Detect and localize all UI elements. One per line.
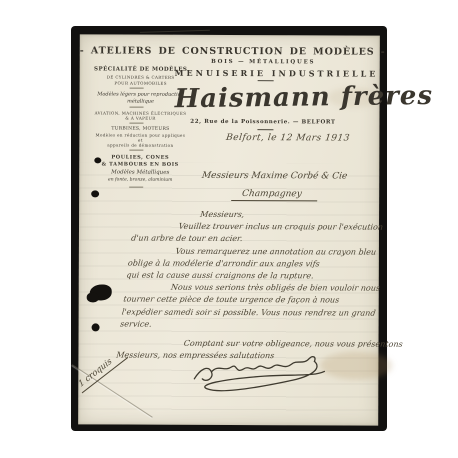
signature (188, 345, 330, 406)
divider (129, 123, 143, 124)
body-line: oblige à la modélerie d'arrondir aux ang… (127, 257, 385, 270)
signature-flourish (188, 345, 330, 402)
body-line: Nous vous serions très obligés de bien v… (170, 282, 382, 295)
recipient-name: Messieurs Maxime Corbé & Cie (201, 171, 348, 182)
divider (258, 80, 274, 81)
divider (130, 107, 144, 108)
body-line: service. (119, 318, 377, 331)
divider (130, 88, 144, 89)
divider (257, 129, 273, 130)
page-background: { "photo": { "frame_color": "#121110", "… (0, 0, 458, 458)
fold-crease (140, 30, 210, 33)
photo-frame: - ATELIERS DE CONSTRUCTION DE MODÈLES - … (71, 26, 387, 431)
sidebar-line: TURBINES, MOTEURS (84, 126, 196, 131)
letterhead-title: - ATELIERS DE CONSTRUCTION DE MODÈLES - (80, 45, 380, 57)
letter-paper: - ATELIERS DE CONSTRUCTION DE MODÈLES - … (78, 34, 380, 425)
ink-blot (91, 190, 99, 197)
body-line: d'un arbre de tour en acier. (130, 233, 388, 246)
letterhead-trade: MENUISERIE INDUSTRIELLE (175, 68, 352, 79)
company-address: 22, Rue de la Poissonnerie. — BELFORT (174, 119, 351, 126)
letter-body: Messieurs, Veuillez trouver inclus un cr… (115, 209, 391, 363)
sidebar-line: & TAMBOURS EN BOIS (84, 161, 196, 167)
sidebar-line: Modèles Métalliques (84, 169, 196, 175)
ink-blot (92, 323, 100, 331)
sidebar-line: en fonte, bronze, aluminium (84, 177, 196, 182)
body-line: Veuillez trouver inclus un croquis pour … (178, 221, 390, 234)
date-line: Belfort, le 12 Mars 1913 (225, 133, 350, 144)
recipient-block: Messieurs Maxime Corbé & Cie Champagney (201, 171, 346, 202)
letterhead-materials: BOIS — MÉTALLIQUES (175, 59, 352, 66)
ink-blot (94, 157, 101, 163)
enclosure-annotation: 1 croquis (75, 347, 128, 394)
ink-blot (87, 292, 99, 302)
body-line: l'expédier samedi soir si possible. Vous… (121, 306, 379, 319)
salutation: Messieurs, (199, 209, 391, 222)
company-name: Haismann frères (174, 82, 351, 114)
body-line: Vous remarquerez une annotation au crayo… (175, 245, 387, 258)
divider-ornament (129, 187, 143, 188)
divider (129, 150, 143, 151)
sidebar-line: appareils de démonstration (84, 142, 196, 147)
body-line: qui est la cause aussi craignons de la r… (126, 270, 384, 283)
body-line: tourner cette pièce de toute urgence de … (123, 294, 381, 307)
recipient-city: Champagney (231, 189, 318, 201)
